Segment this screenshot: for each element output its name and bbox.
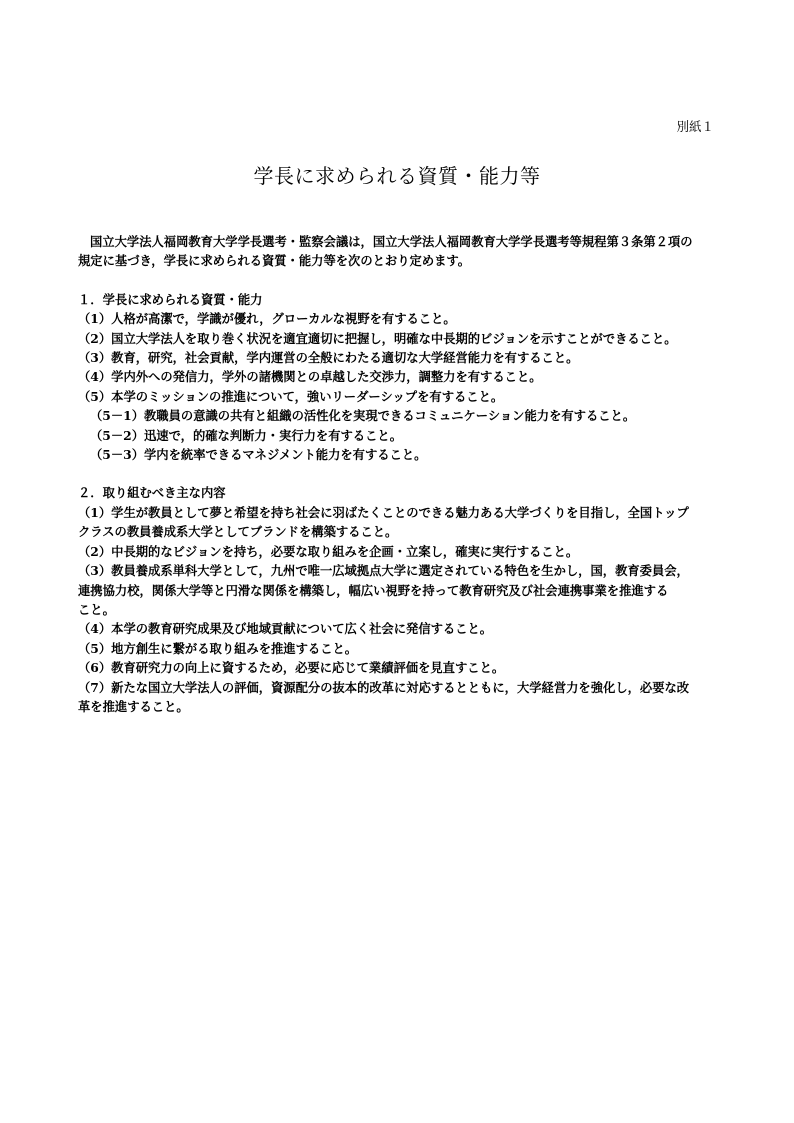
section-heading: １．学長に求められる資質・能力 bbox=[78, 290, 720, 309]
sub-list-item: （5－1）教職員の意識の共有と組織の活性化を実現できるコミュニケーション能力を有… bbox=[78, 406, 720, 425]
list-item: （5）本学のミッションの推進について，強いリーダーシップを有すること。 bbox=[78, 387, 720, 406]
list-item: （2）中長期的なビジョンを持ち，必要な取り組みを企画・立案し，確実に実行すること… bbox=[78, 542, 720, 561]
page-label: 別紙１ bbox=[676, 117, 714, 135]
section-tasks: ２．取り組むべき主な内容 （1）学生が教員として夢と希望を持ち社会に羽ばたくこと… bbox=[78, 483, 720, 716]
list-item: （5）地方創生に繋がる取り組みを推進すること。 bbox=[78, 639, 720, 658]
list-item: （1）学生が教員として夢と希望を持ち社会に羽ばたくことのできる魅力ある大学づくり… bbox=[78, 503, 720, 542]
intro-line: 規定に基づき，学長に求められる資質・能力等を次のとおり定めます。 bbox=[66, 251, 720, 270]
sub-list-item: （5－3）学内を統率できるマネジメント能力を有すること。 bbox=[78, 445, 720, 464]
list-item: （3）教育，研究，社会貢献，学内運営の全般にわたる適切な大学経営能力を有すること… bbox=[78, 348, 720, 367]
document-title: 学長に求められる資質・能力等 bbox=[0, 160, 794, 189]
section-qualities: １．学長に求められる資質・能力 （1）人格が高潔で，学識が優れ，グローカルな視野… bbox=[78, 290, 720, 465]
list-item: （4）本学の教育研究成果及び地域貢献について広く社会に発信すること。 bbox=[78, 619, 720, 638]
section-heading: ２．取り組むべき主な内容 bbox=[78, 483, 720, 502]
list-item: （2）国立大学法人を取り巻く状況を適宜適切に把握し，明確な中長期的ビジョンを示す… bbox=[78, 329, 720, 348]
list-item: （3）教員養成系単科大学として，九州で唯一広域拠点大学に選定されている特色を生か… bbox=[78, 561, 720, 619]
sub-list-item: （5－2）迅速で，的確な判断力・実行力を有すること。 bbox=[78, 426, 720, 445]
list-item: （4）学内外への発信力，学外の諸機関との卓越した交渉力，調整力を有すること。 bbox=[78, 367, 720, 386]
intro-line: 国立大学法人福岡教育大学学長選考・監察会議は，国立大学法人福岡教育大学学長選考等… bbox=[78, 232, 720, 251]
intro-paragraph: 国立大学法人福岡教育大学学長選考・監察会議は，国立大学法人福岡教育大学学長選考等… bbox=[78, 232, 720, 271]
list-item: （1）人格が高潔で，学識が優れ，グローカルな視野を有すること。 bbox=[78, 309, 720, 328]
document-body: 国立大学法人福岡教育大学学長選考・監察会議は，国立大学法人福岡教育大学学長選考等… bbox=[78, 232, 720, 735]
list-item: （7）新たな国立大学法人の評価，資源配分の抜本的改革に対応するとともに，大学経営… bbox=[78, 678, 720, 717]
list-item: （6）教育研究力の向上に資するため，必要に応じて業績評価を見直すこと。 bbox=[78, 658, 720, 677]
